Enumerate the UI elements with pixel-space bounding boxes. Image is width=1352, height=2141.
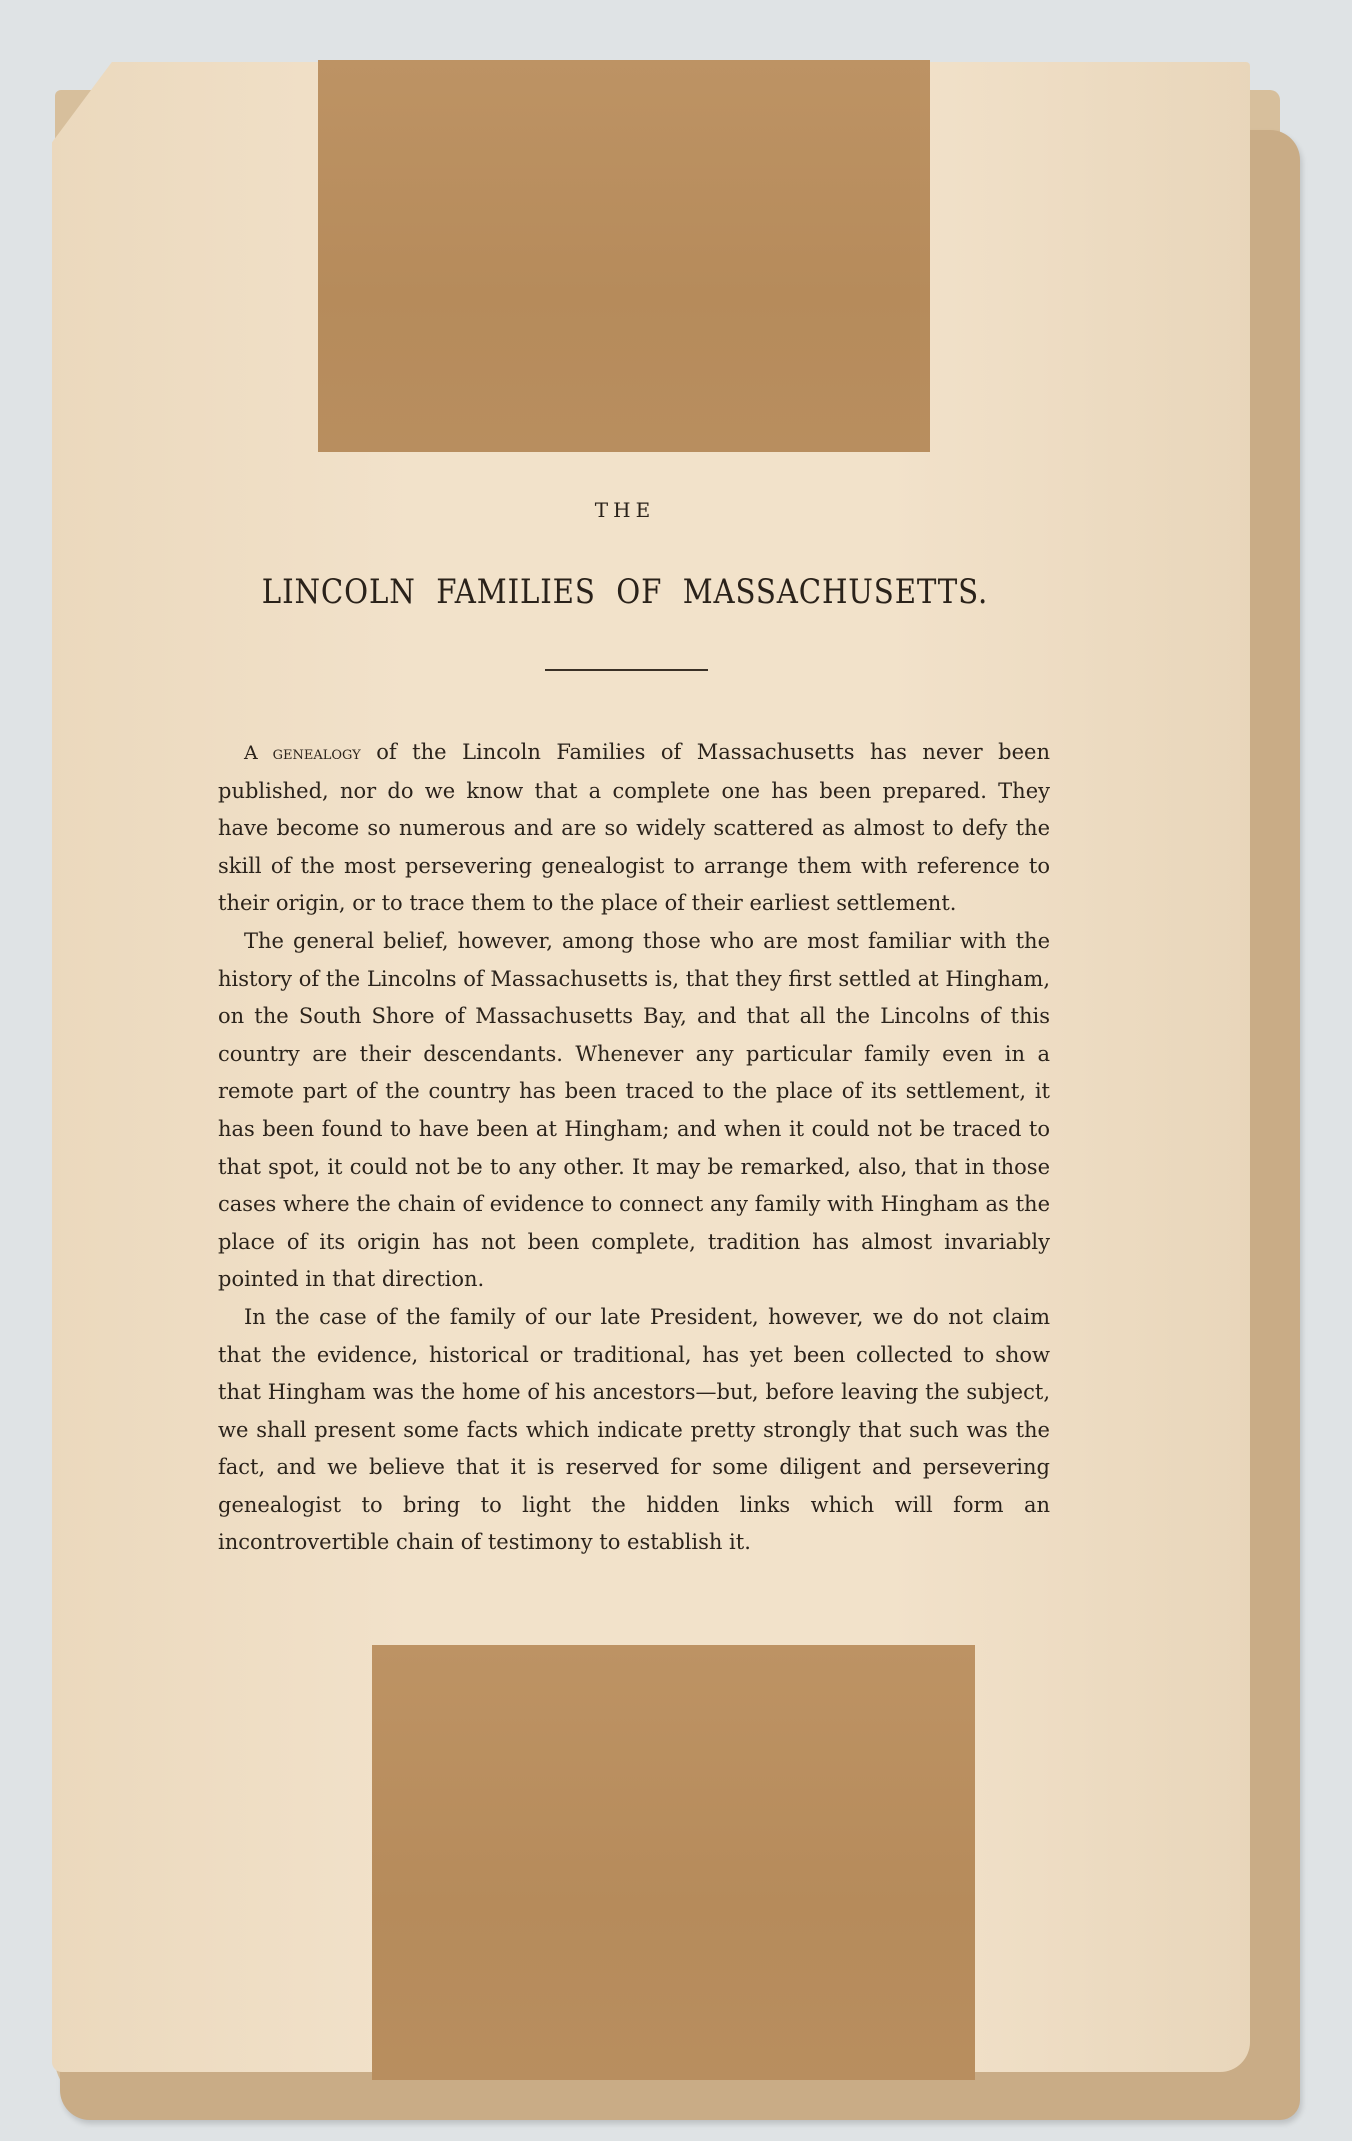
- page-title: LINCOLN FAMILIES OF MASSACHUSETTS.: [88, 572, 1163, 612]
- title-divider: [545, 669, 708, 671]
- paragraph-3: In the case of the family of our late Pr…: [218, 1299, 1050, 1562]
- paper-tape-bottom: [372, 1645, 975, 2080]
- paragraph-text: of the Lincoln Families of Massachusetts…: [218, 740, 1050, 915]
- paragraph-1: A genealogy of the Lincoln Families of M…: [218, 734, 1050, 923]
- title-prefix: THE: [0, 498, 1250, 522]
- paragraph-2: The general belief, however, among those…: [218, 923, 1050, 1299]
- paragraph-lead: A genealogy: [244, 742, 361, 764]
- document-body: A genealogy of the Lincoln Families of M…: [218, 734, 1050, 1562]
- paper-tape-top: [318, 60, 930, 452]
